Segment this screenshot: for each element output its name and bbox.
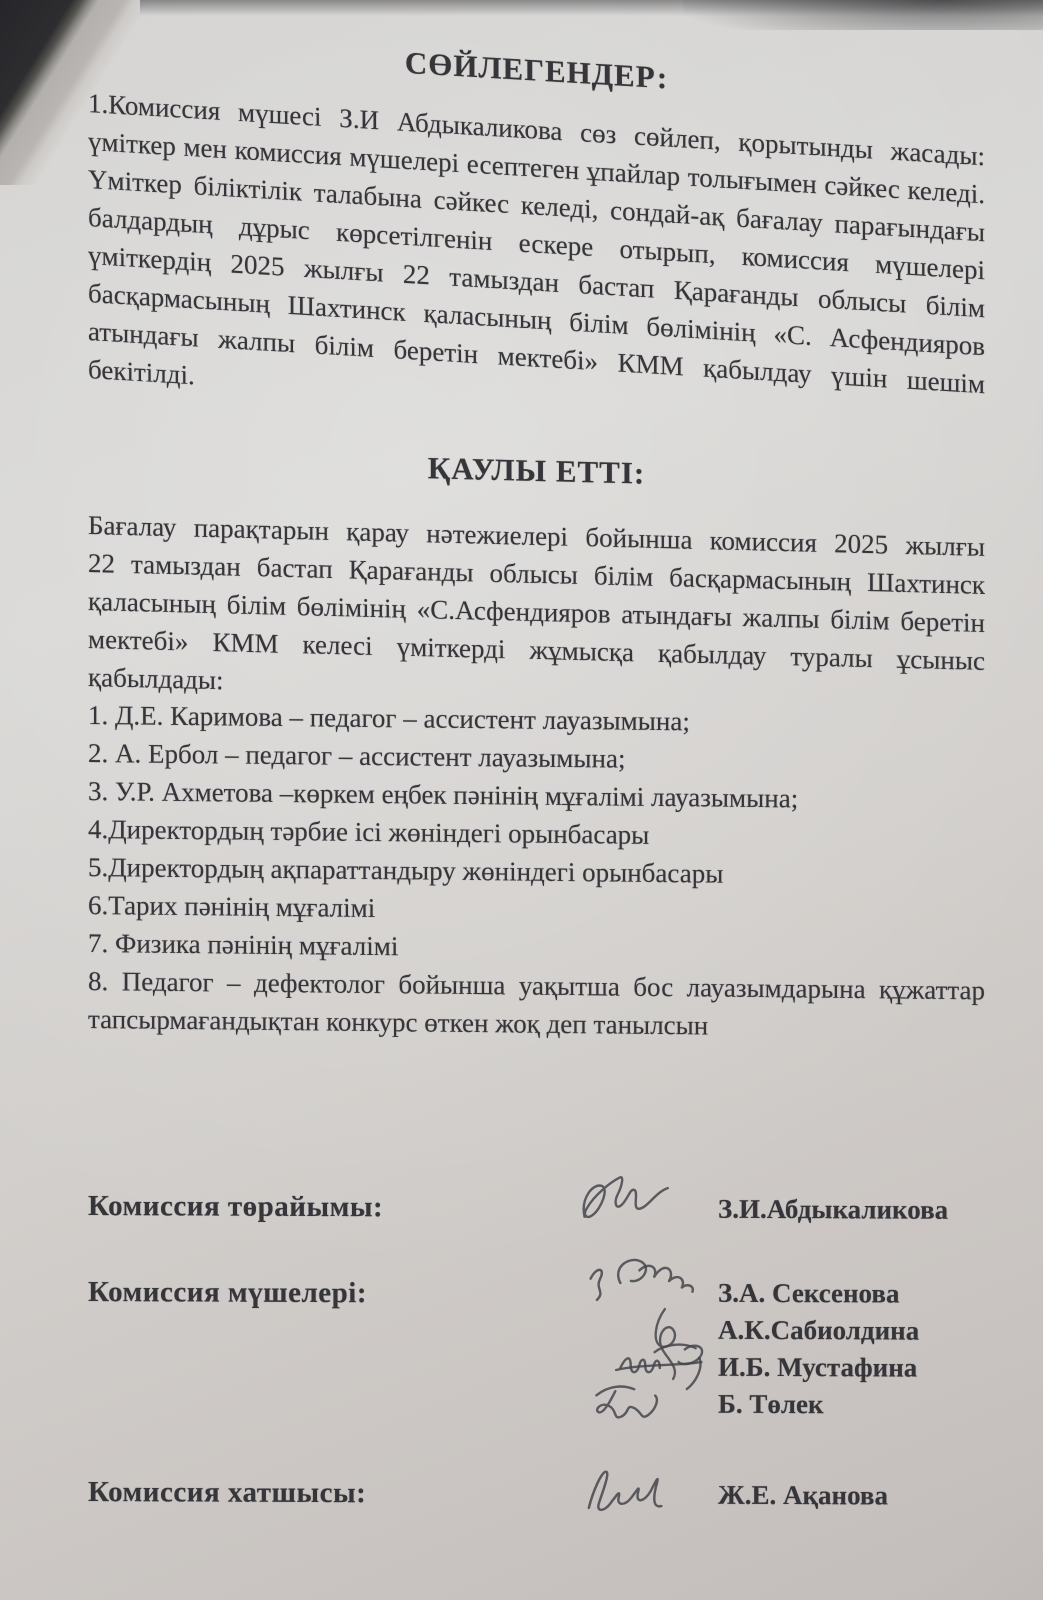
signature-row-secretary: Комиссия хатшысы: Ж.Е. Ақанова [88,1472,985,1516]
secretary-signature-scribble [576,1458,672,1518]
members-signature-cell [543,1274,718,1275]
chair-signature-cell [543,1188,718,1189]
member-signature-scribble-3 [612,1336,716,1394]
members-label: Комиссия мүшелері: [88,1272,543,1314]
member-signature-scribble-2 [634,1300,706,1388]
signature-section: Комиссия төрайымы: З.И.Абдыкаликова Коми… [88,1186,985,1516]
scanned-document-page: СӨЙЛЕГЕНДЕР: 1.Комиссия мүшесі З.И Абдык… [0,0,1043,1600]
section-resolution: ҚАУЛЫ ЕТТІ: Бағалау парақтарын қарау нәт… [88,438,985,718]
list-item: 8. Педагог – дефектолог бойынша уақытша … [88,962,985,1047]
heading-resolution: ҚАУЛЫ ЕТТІ: [88,438,985,504]
secretary-label: Комиссия хатшысы: [88,1472,543,1514]
signature-row-members: Комиссия мүшелері: [88,1272,985,1424]
chair-signature-scribble [570,1162,674,1236]
signature-row-chair: Комиссия төрайымы: З.И.Абдыкаликова [88,1186,985,1230]
document-content: СӨЙЛЕГЕНДЕР: 1.Комиссия мүшесі З.И Абдык… [0,0,1043,1512]
member-names: З.А. Сексенова А.К.Сабиолдина И.Б. Муста… [718,1275,985,1424]
resolution-list: 1. Д.Е. Каримова – педагог – ассистент л… [88,696,985,1047]
member-signature-scribble-4 [588,1374,672,1432]
member-name: И.Б. Мустафина [718,1349,985,1387]
paragraph-resolution: Бағалау парақтарын қарау нәтежиелері бой… [88,506,985,718]
member-name: А.К.Сабиолдина [718,1312,985,1350]
member-name: Б. Төлек [718,1386,985,1424]
section-speakers: СӨЙЛЕГЕНДЕР: 1.Комиссия мүшесі З.И Абдык… [88,22,985,441]
member-name: З.А. Сексенова [718,1275,985,1313]
secretary-signature-cell [543,1474,718,1475]
paragraph-speakers: 1.Комиссия мүшесі З.И Абдыкаликова сөз с… [88,84,985,441]
chair-label: Комиссия төрайымы: [88,1186,543,1228]
secretary-name: Ж.Е. Ақанова [718,1475,985,1516]
member-signature-scribble-1 [580,1250,702,1311]
chair-name: З.И.Абдыкаликова [718,1189,985,1230]
